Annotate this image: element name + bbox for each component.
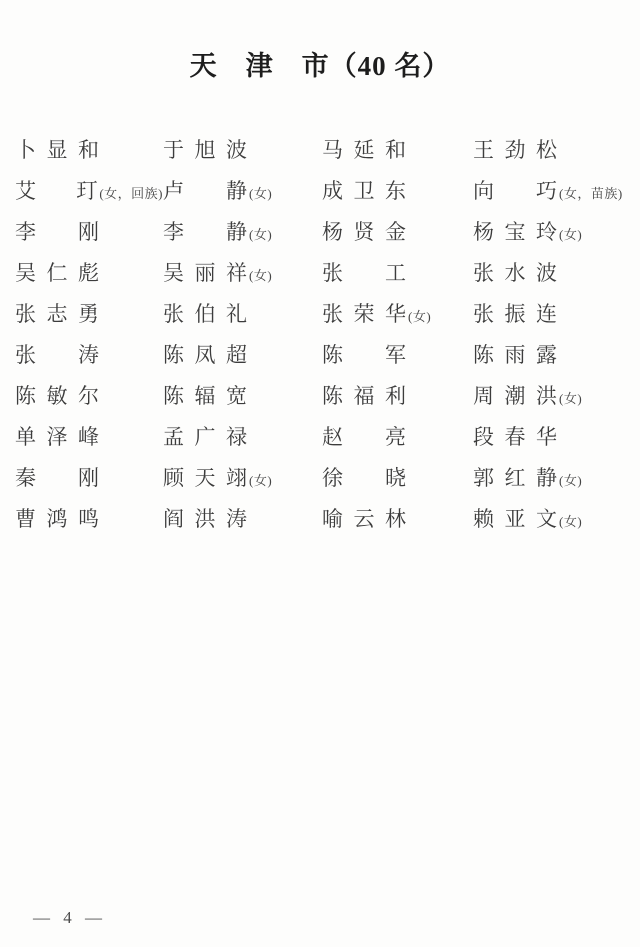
person-entry: 陈辐宽 bbox=[163, 376, 322, 417]
person-name: 陈雨露 bbox=[473, 335, 557, 376]
person-name: 曹鸿鸣 bbox=[15, 499, 99, 540]
person-entry: 孟广禄 bbox=[163, 417, 322, 458]
person-name: 向巧 bbox=[473, 171, 557, 212]
person-name: 陈凤超 bbox=[163, 335, 247, 376]
person-entry: 张志勇 bbox=[15, 294, 163, 335]
person-name: 张水波 bbox=[473, 253, 557, 294]
person-entry: 吴仁彪 bbox=[15, 253, 163, 294]
gender-ethnicity-note: (女) bbox=[249, 265, 272, 284]
person-name: 王劲松 bbox=[473, 130, 557, 171]
person-name: 马延和 bbox=[322, 130, 406, 171]
document-page: 天 津 市（40 名） 卜显和于旭波马延和王劲松艾玎(女，回族)卢静(女)成卫东… bbox=[0, 0, 640, 947]
person-entry: 段春华 bbox=[473, 417, 633, 458]
person-name: 单泽峰 bbox=[15, 417, 99, 458]
person-name: 陈福利 bbox=[322, 376, 406, 417]
person-entry: 吴丽祥(女) bbox=[163, 253, 322, 294]
person-entry: 陈凤超 bbox=[163, 335, 322, 376]
person-name: 赖亚文 bbox=[473, 499, 557, 540]
person-name: 陈敏尔 bbox=[15, 376, 99, 417]
person-entry: 张荣华(女) bbox=[322, 294, 473, 335]
person-entry: 喻云林 bbox=[322, 499, 473, 540]
person-name: 周潮洪 bbox=[473, 376, 557, 417]
person-name: 成卫东 bbox=[322, 171, 406, 212]
person-entry: 王劲松 bbox=[473, 130, 633, 171]
person-entry: 杨贤金 bbox=[322, 212, 473, 253]
person-name: 张振连 bbox=[473, 294, 557, 335]
person-entry: 艾玎(女，回族) bbox=[15, 171, 163, 212]
person-entry: 赵亮 bbox=[322, 417, 473, 458]
person-entry: 单泽峰 bbox=[15, 417, 163, 458]
person-name: 杨宝玲 bbox=[473, 212, 557, 253]
person-name: 于旭波 bbox=[163, 130, 247, 171]
gender-ethnicity-note: (女) bbox=[559, 470, 582, 489]
person-entry: 秦刚 bbox=[15, 458, 163, 499]
person-entry: 顾天翊(女) bbox=[163, 458, 322, 499]
person-name: 郭红静 bbox=[473, 458, 557, 499]
person-name: 卜显和 bbox=[15, 130, 99, 171]
person-name: 陈辐宽 bbox=[163, 376, 247, 417]
person-entry: 卢静(女) bbox=[163, 171, 322, 212]
gender-ethnicity-note: (女) bbox=[249, 183, 272, 202]
gender-ethnicity-note: (女) bbox=[249, 470, 272, 489]
person-entry: 成卫东 bbox=[322, 171, 473, 212]
gender-ethnicity-note: (女) bbox=[559, 388, 582, 407]
person-name: 张伯礼 bbox=[163, 294, 247, 335]
person-entry: 李刚 bbox=[15, 212, 163, 253]
person-entry: 张水波 bbox=[473, 253, 633, 294]
person-name: 赵亮 bbox=[322, 417, 406, 458]
person-entry: 曹鸿鸣 bbox=[15, 499, 163, 540]
gender-ethnicity-note: (女，回族) bbox=[99, 183, 163, 202]
person-name: 艾玎 bbox=[15, 171, 97, 212]
person-entry: 陈军 bbox=[322, 335, 473, 376]
person-entry: 陈敏尔 bbox=[15, 376, 163, 417]
page-title: 天 津 市（40 名） bbox=[0, 44, 640, 83]
gender-ethnicity-note: (女) bbox=[249, 224, 272, 243]
person-entry: 张涛 bbox=[15, 335, 163, 376]
person-entry: 杨宝玲(女) bbox=[473, 212, 633, 253]
person-entry: 徐晓 bbox=[322, 458, 473, 499]
person-name: 陈军 bbox=[322, 335, 406, 376]
person-name: 徐晓 bbox=[322, 458, 406, 499]
person-entry: 向巧(女，苗族) bbox=[473, 171, 633, 212]
gender-ethnicity-note: (女，苗族) bbox=[559, 183, 623, 202]
person-entry: 马延和 bbox=[322, 130, 473, 171]
person-entry: 陈雨露 bbox=[473, 335, 633, 376]
person-entry: 张工 bbox=[322, 253, 473, 294]
person-name: 孟广禄 bbox=[163, 417, 247, 458]
person-entry: 张伯礼 bbox=[163, 294, 322, 335]
person-entry: 郭红静(女) bbox=[473, 458, 633, 499]
person-entry: 张振连 bbox=[473, 294, 633, 335]
gender-ethnicity-note: (女) bbox=[559, 224, 582, 243]
gender-ethnicity-note: (女) bbox=[559, 511, 582, 530]
person-name: 顾天翊 bbox=[163, 458, 247, 499]
person-name: 杨贤金 bbox=[322, 212, 406, 253]
gender-ethnicity-note: (女) bbox=[408, 306, 431, 325]
person-name: 李静 bbox=[163, 212, 247, 253]
person-entry: 阎洪涛 bbox=[163, 499, 322, 540]
page-number: — 4 — bbox=[33, 908, 102, 928]
person-name: 李刚 bbox=[15, 212, 99, 253]
person-name: 吴仁彪 bbox=[15, 253, 99, 294]
person-name: 喻云林 bbox=[322, 499, 406, 540]
person-name: 张荣华 bbox=[322, 294, 406, 335]
person-name: 张涛 bbox=[15, 335, 99, 376]
person-entry: 于旭波 bbox=[163, 130, 322, 171]
person-entry: 李静(女) bbox=[163, 212, 322, 253]
person-name: 张志勇 bbox=[15, 294, 99, 335]
person-entry: 赖亚文(女) bbox=[473, 499, 633, 540]
person-name: 张工 bbox=[322, 253, 406, 294]
person-name: 段春华 bbox=[473, 417, 557, 458]
person-name: 卢静 bbox=[163, 171, 247, 212]
name-grid: 卜显和于旭波马延和王劲松艾玎(女，回族)卢静(女)成卫东向巧(女，苗族)李刚李静… bbox=[15, 130, 633, 540]
person-entry: 卜显和 bbox=[15, 130, 163, 171]
person-name: 吴丽祥 bbox=[163, 253, 247, 294]
person-entry: 周潮洪(女) bbox=[473, 376, 633, 417]
person-name: 阎洪涛 bbox=[163, 499, 247, 540]
person-name: 秦刚 bbox=[15, 458, 99, 499]
person-entry: 陈福利 bbox=[322, 376, 473, 417]
